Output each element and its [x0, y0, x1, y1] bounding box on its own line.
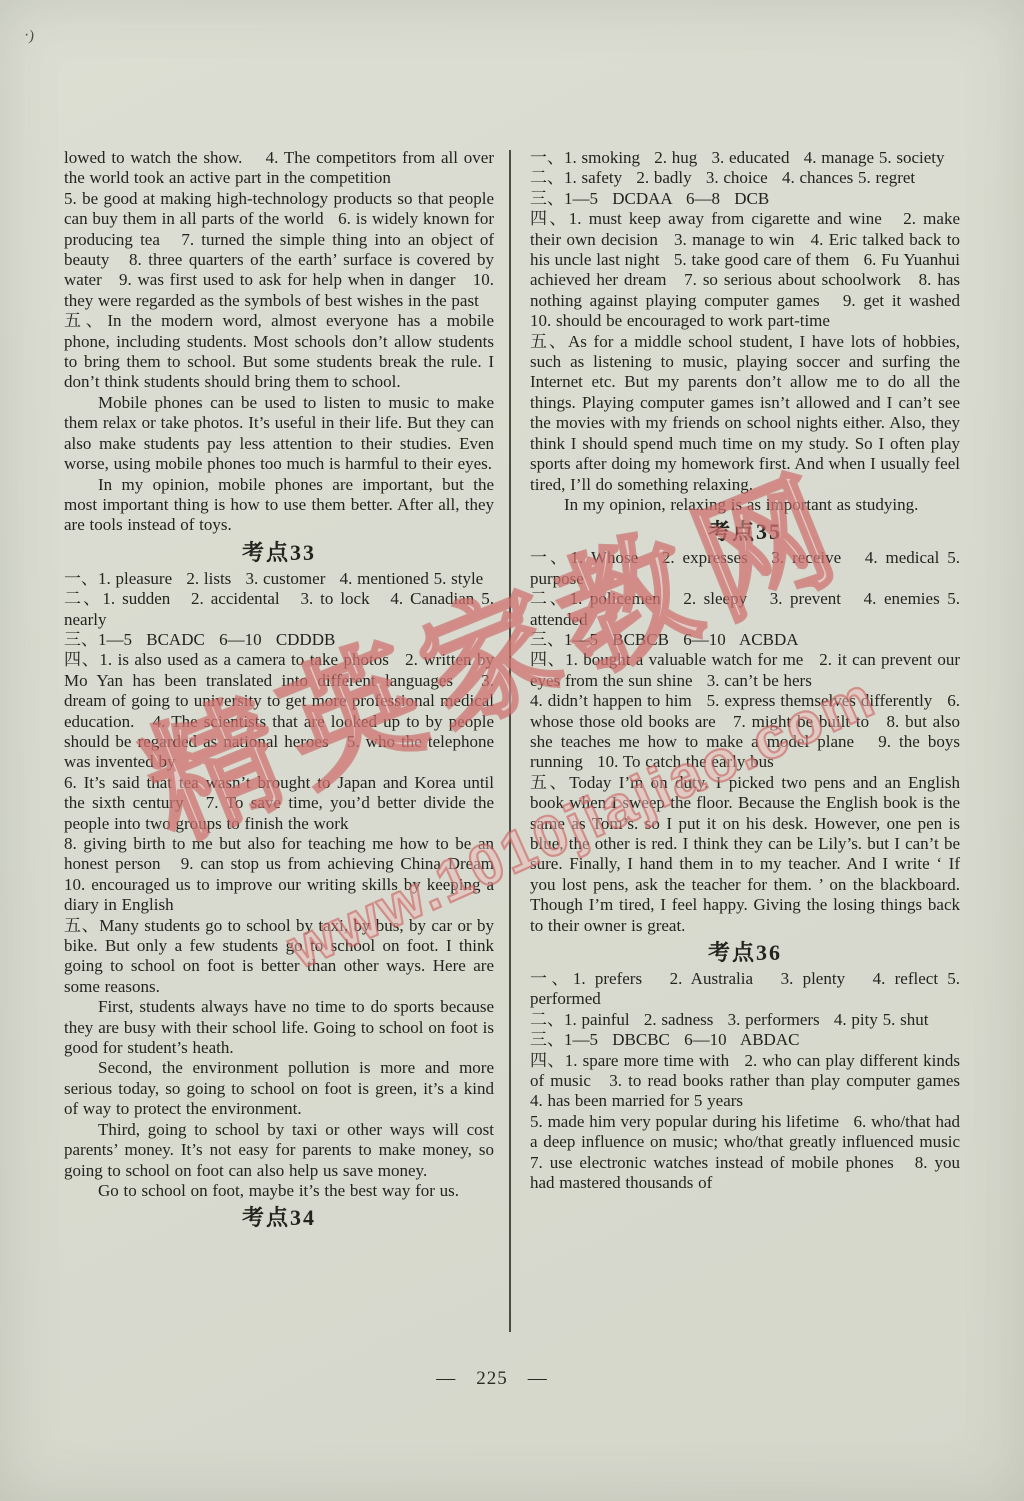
answer-paragraph: 三、1—5 DCDAA 6—8 DCB — [530, 189, 960, 209]
answer-paragraph: 二、1. painful 2. sadness 3. performers 4.… — [530, 1010, 960, 1030]
answer-paragraph: 二、1. sudden 2. accidental 3. to lock 4. … — [64, 589, 494, 630]
answer-paragraph: 8. giving birth to me but also for teach… — [64, 834, 494, 916]
answer-paragraph: Mobile phones can be used to listen to m… — [64, 393, 494, 475]
answer-paragraph: 一、1. prefers 2. Australia 3. plenty 4. r… — [530, 969, 960, 1010]
answer-paragraph: 5. made him very popular during his life… — [530, 1112, 960, 1194]
answer-paragraph: 四、1. spare more time with 2. who can pla… — [530, 1051, 960, 1112]
answer-paragraph: lowed to watch the show. 4. The competit… — [64, 148, 494, 189]
answer-paragraph: 五、Today I’m on duty. I picked two pens a… — [530, 773, 960, 936]
page-number: 225 — [476, 1368, 508, 1389]
answer-paragraph: 三、1—5 BCBCB 6—10 ACBDA — [530, 630, 960, 650]
left-column: lowed to watch the show. 4. The competit… — [64, 148, 494, 1234]
answer-paragraph: 5. be good at making high-technology pro… — [64, 189, 494, 311]
answer-paragraph: Third, going to school by taxi or other … — [64, 1120, 494, 1181]
answer-paragraph: In my opinion, mobile phones are importa… — [64, 475, 494, 536]
answer-paragraph: 三、1—5 DBCBC 6—10 ABDAC — [530, 1030, 960, 1050]
answer-paragraph: First, students always have no time to d… — [64, 997, 494, 1058]
footer-dash-right: — — [528, 1368, 548, 1389]
answer-paragraph: 4. didn’t happen to him 5. express thems… — [530, 691, 960, 773]
answer-paragraph: 五、As for a middle school student, I have… — [530, 332, 960, 495]
answer-paragraph: 一、1. smoking 2. hug 3. educated 4. manag… — [530, 148, 960, 168]
answer-paragraph: 五、In the modern word, almost everyone ha… — [64, 311, 494, 393]
answer-paragraph: 一、1. Whose 2. expresses 3. receive 4. me… — [530, 548, 960, 589]
column-divider — [509, 150, 511, 1332]
scan-artifact: ·) — [23, 27, 35, 45]
footer-dash-left: — — [436, 1368, 456, 1389]
answer-paragraph: 6. It’s said that tea wasn’t brought to … — [64, 773, 494, 834]
answer-paragraph: 二、1. policemen 2. sleepy 3. prevent 4. e… — [530, 589, 960, 630]
right-column: 一、1. smoking 2. hug 3. educated 4. manag… — [530, 148, 960, 1194]
section-heading: 考点36 — [530, 940, 960, 966]
page-footer: —225— — [0, 1368, 984, 1390]
answer-paragraph: 四、1. bought a valuable watch for me 2. i… — [530, 650, 960, 691]
answer-paragraph: 四、1. must keep away from cigarette and w… — [530, 209, 960, 331]
section-heading: 考点34 — [64, 1205, 494, 1231]
answer-paragraph: 五、Many students go to school by taxi, by… — [64, 916, 494, 998]
answer-paragraph: 二、1. safety 2. badly 3. choice 4. chance… — [530, 168, 960, 188]
section-heading: 考点35 — [530, 519, 960, 545]
answer-paragraph: 三、1—5 BCADC 6—10 CDDDB — [64, 630, 494, 650]
answer-paragraph: In my opinion, relaxing is as important … — [530, 495, 960, 515]
answer-paragraph: Go to school on foot, maybe it’s the bes… — [64, 1181, 494, 1201]
section-heading: 考点33 — [64, 540, 494, 566]
answer-paragraph: 四、1. is also used as a camera to take ph… — [64, 650, 494, 772]
scanned-answer-page: ·) lowed to watch the show. 4. The compe… — [0, 0, 1024, 1501]
answer-paragraph: Second, the environment pollution is mor… — [64, 1058, 494, 1119]
answer-paragraph: 一、1. pleasure 2. lists 3. customer 4. me… — [64, 569, 494, 589]
